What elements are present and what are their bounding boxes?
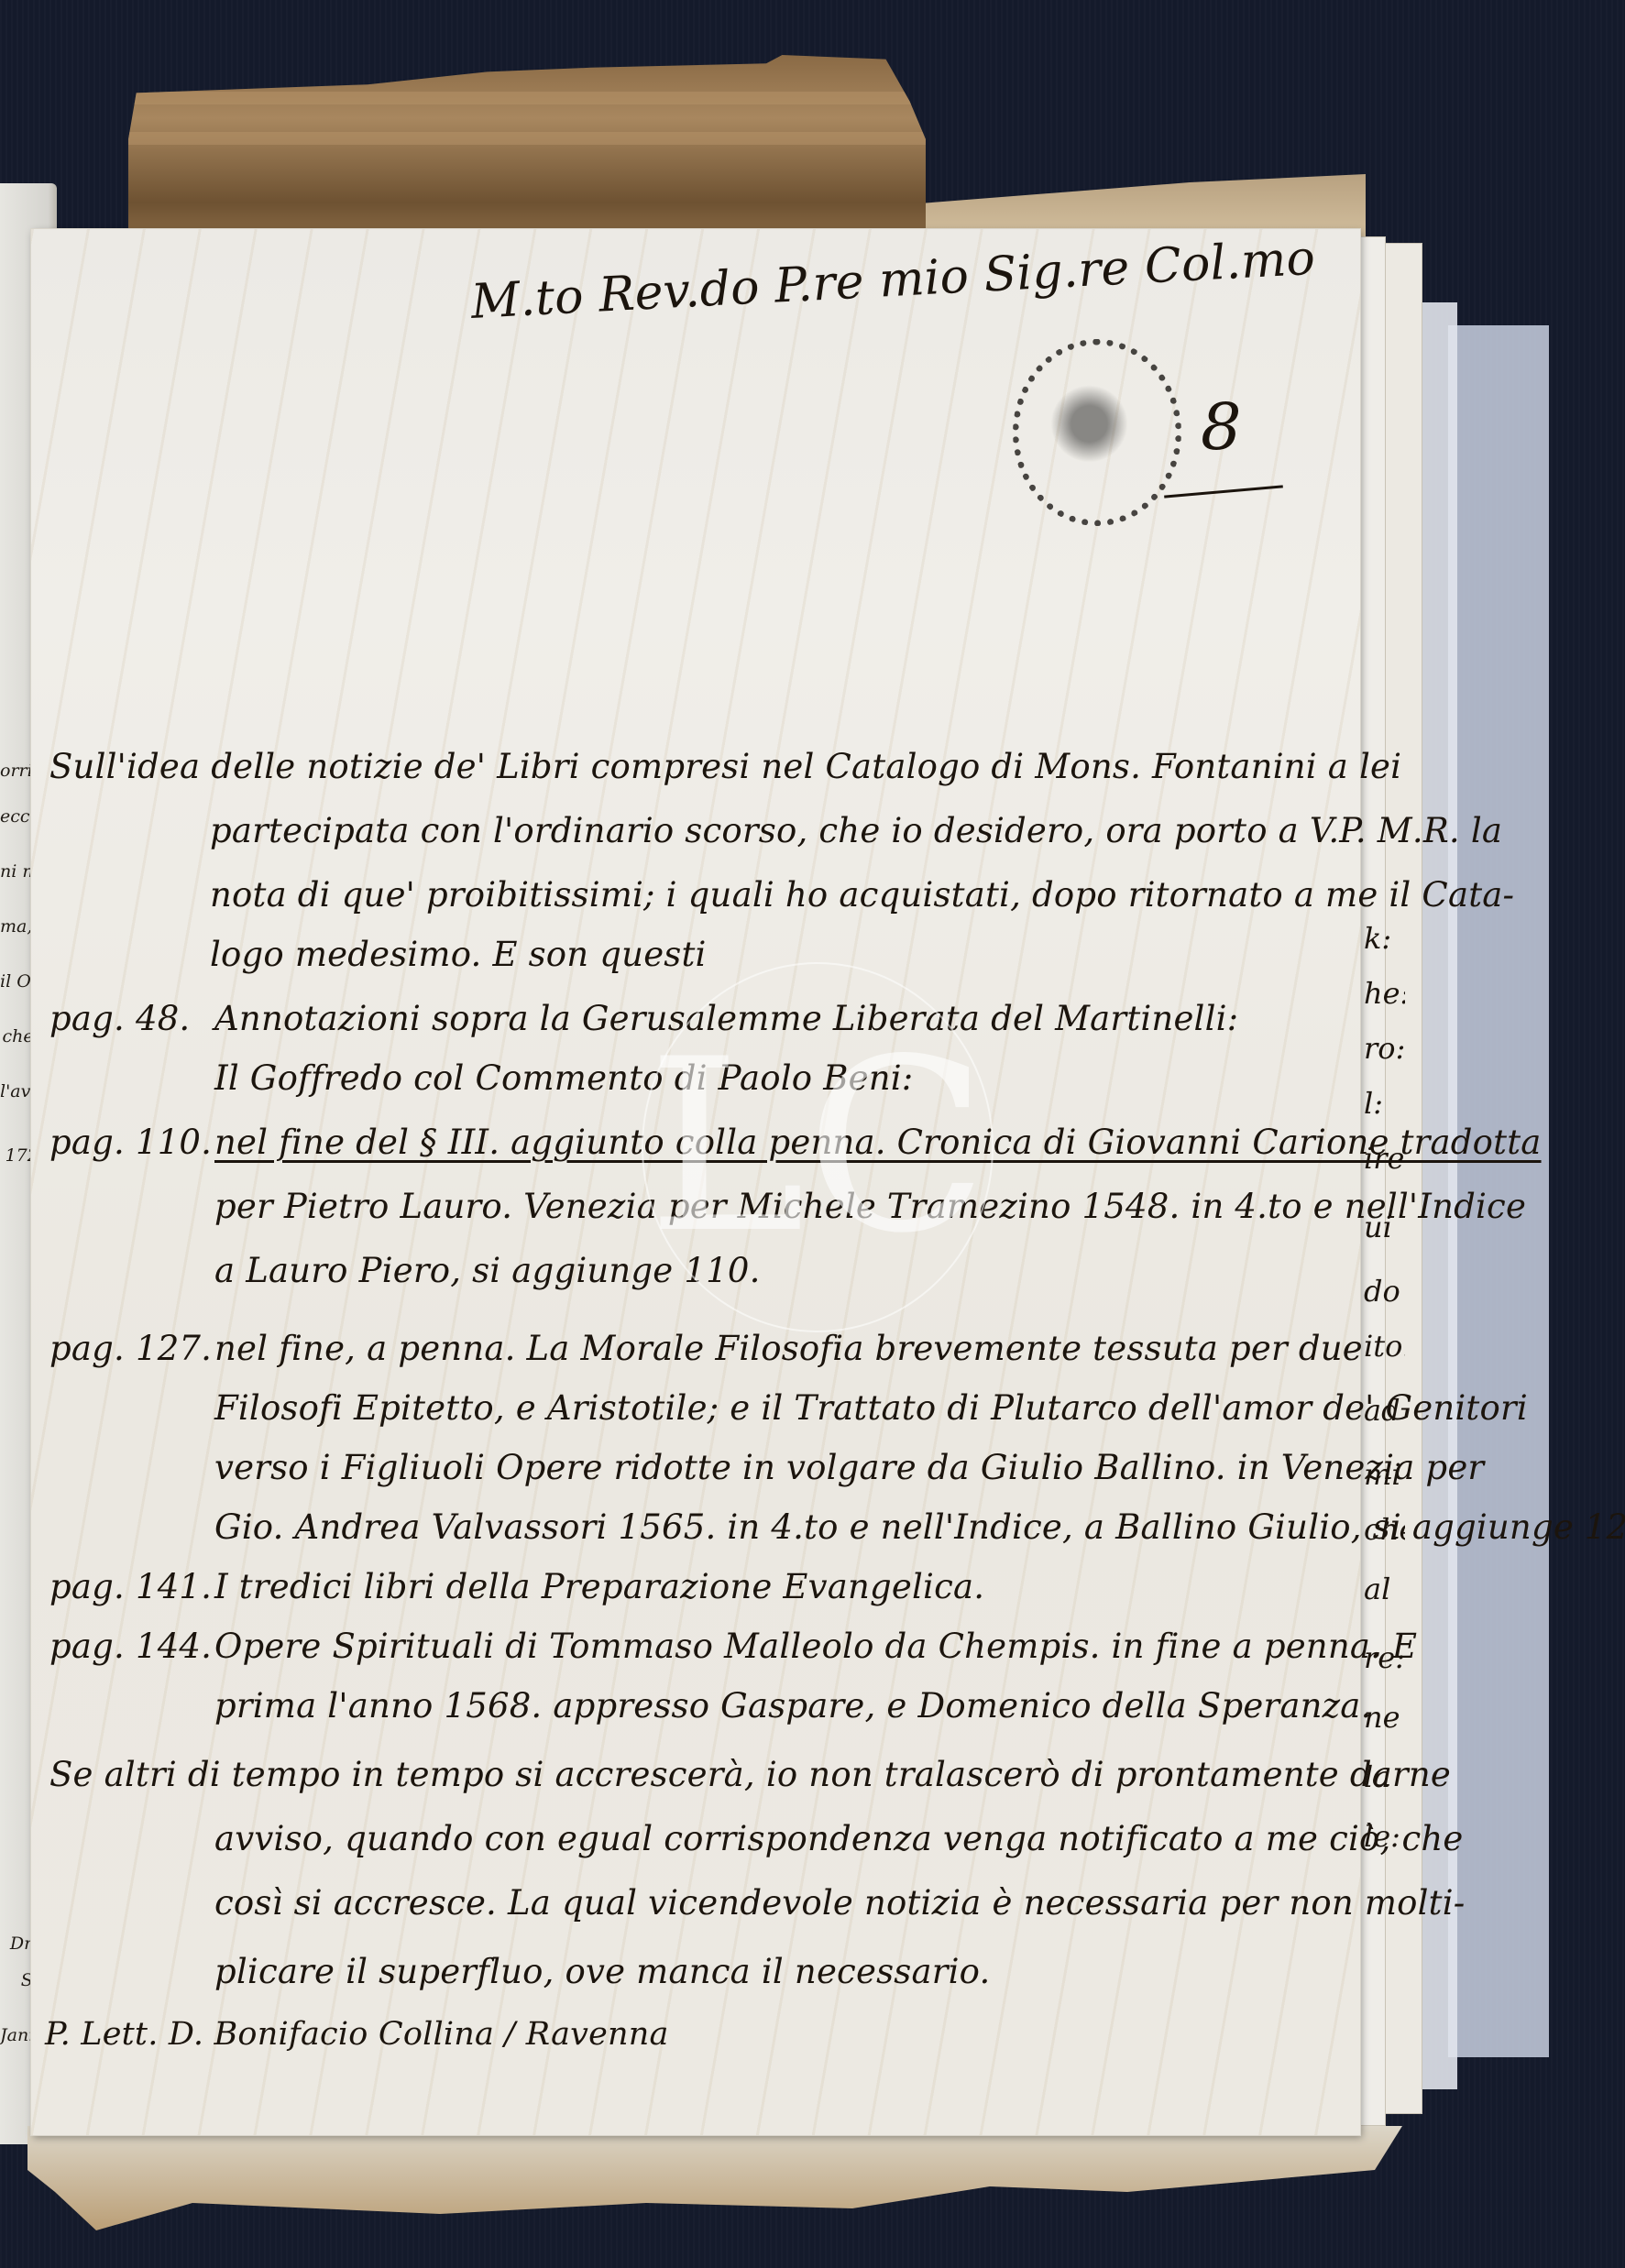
closing-line: plicare il superfluo, ove manca il neces… xyxy=(214,1952,990,1991)
edge-text: ito: xyxy=(1364,1329,1405,1364)
edge-text: k: xyxy=(1364,921,1405,956)
letter-line: partecipata con l'ordinario scorso, che … xyxy=(210,811,1502,850)
entry-page-ref: pag. 141. xyxy=(49,1567,212,1606)
entry-line: I tredici libri della Preparazione Evang… xyxy=(214,1567,984,1606)
edge-text: ro: xyxy=(1364,1031,1405,1066)
entry-line: Opere Spirituali di Tommaso Malleolo da … xyxy=(214,1627,1417,1666)
edge-text: ire: xyxy=(1364,1141,1405,1176)
entry-page-ref: pag. 144. xyxy=(49,1627,212,1666)
edge-text: re: xyxy=(1364,1640,1405,1675)
edge-text: che xyxy=(1364,1512,1405,1547)
letter-line: Sull'idea delle notizie de' Libri compre… xyxy=(49,747,1401,786)
edge-text: ad xyxy=(1364,1393,1405,1428)
letter-line: nota di que' proibitissimi; i quali ho a… xyxy=(210,875,1514,915)
addressee: P. Lett. D. Bonifacio Collina / Ravenna xyxy=(45,2016,669,2053)
closing-line: così si accresce. La qual vicendevole no… xyxy=(214,1883,1465,1923)
closing-line: avviso, quando con egual corrispondenza … xyxy=(214,1819,1464,1858)
entry-line: nel fine, a penna. La Morale Filosofia b… xyxy=(214,1329,1363,1368)
edge-text: la xyxy=(1364,1759,1405,1794)
salutation: M.to Rev.do P.re mio Sig.re Col.mo xyxy=(469,231,1316,330)
edge-text: ne xyxy=(1364,1700,1405,1735)
edge-text: al xyxy=(1364,1572,1405,1606)
edge-text: he: xyxy=(1364,976,1405,1011)
edge-text: mi xyxy=(1364,1457,1405,1492)
folio-number: 8 xyxy=(1201,389,1242,465)
edge-text: l: xyxy=(1364,1086,1405,1121)
entry-page-ref: pag. 48. xyxy=(49,999,190,1038)
edge-text: le: xyxy=(1364,1819,1405,1854)
edge-text: do xyxy=(1364,1274,1405,1309)
entry-page-ref: pag. 127. xyxy=(49,1329,212,1368)
entry-line: verso i Figliuoli Opere ridotte in volga… xyxy=(214,1448,1484,1487)
watermark-logo: LC xyxy=(642,962,994,1332)
closing-line: Se altri di tempo in tempo si accrescerà… xyxy=(49,1755,1451,1794)
edge-text: ui xyxy=(1364,1210,1405,1244)
entry-page-ref: pag. 110. xyxy=(49,1123,212,1162)
torn-page-edges xyxy=(27,2126,1402,2236)
letter-line: logo medesimo. E son questi xyxy=(210,935,707,974)
entry-line: Gio. Andrea Valvassori 1565. in 4.to e n… xyxy=(214,1507,1625,1547)
entry-line: prima l'anno 1568. appresso Gaspare, e D… xyxy=(214,1686,1372,1726)
archive-stamp xyxy=(1013,339,1181,526)
entry-line: Filosofi Epitetto, e Aristotile; e il Tr… xyxy=(214,1388,1528,1428)
